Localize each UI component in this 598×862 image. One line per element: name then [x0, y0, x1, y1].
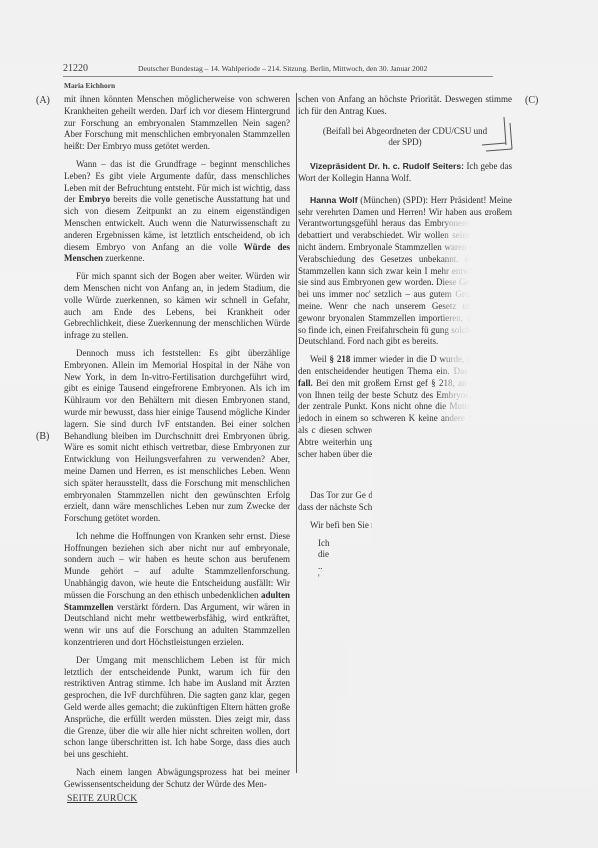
paragraph: Hanna Wolf (München) (SPD): Herr Präside…	[298, 195, 512, 348]
header-title: Deutscher Bundestag – 14. Wahlperiode – …	[138, 64, 427, 73]
paragraph: Der Umgang mit menschlichem Leben ist fü…	[64, 655, 290, 761]
column-divider	[296, 93, 297, 773]
faded-scan-area	[372, 424, 598, 574]
speaker-running-head: Maria Eichhorn	[64, 81, 115, 90]
scanned-page: 21220 Deutscher Bundestag – 14. Wahlperi…	[0, 0, 598, 848]
faded-scan-area	[348, 574, 598, 694]
page-number: 21220	[63, 63, 88, 74]
faded-scan-area	[335, 694, 598, 784]
back-link[interactable]: SEITE ZURÜCK	[67, 793, 137, 804]
margin-mark-a: (A)	[36, 95, 50, 106]
paragraph: Nach einem langen Abwägungsprozess hat b…	[64, 767, 290, 791]
paragraph: Dennoch muss ich feststellen: Es gibt üb…	[64, 348, 290, 525]
paragraph: mit ihnen könnten Menschen möglicherweis…	[64, 94, 290, 153]
margin-mark-b: (B)	[36, 431, 49, 442]
paragraph: Ich nehme die Hoffnungen von Kranken seh…	[64, 531, 290, 649]
margin-mark-c: (C)	[525, 95, 538, 106]
page-header: 21220 Deutscher Bundestag – 14. Wahlperi…	[63, 62, 493, 77]
speaker-name: Vizepräsident Dr. h. c. Rudolf Seiters:	[310, 161, 464, 171]
paragraph: Wann – das ist die Grundfrage – beginnt …	[64, 159, 290, 265]
handwritten-mark-icon	[480, 115, 520, 155]
left-column: mit ihnen könnten Menschen möglicherweis…	[64, 94, 290, 797]
paragraph: Vizepräsident Dr. h. c. Rudolf Seiters: …	[298, 161, 512, 185]
bold-term: Embryo	[79, 194, 111, 204]
paragraph: Für mich spannt sich der Bogen aber weit…	[64, 271, 290, 342]
page-bottom-edge	[0, 848, 598, 862]
speaker-name: Hanna Wolf	[310, 195, 358, 205]
